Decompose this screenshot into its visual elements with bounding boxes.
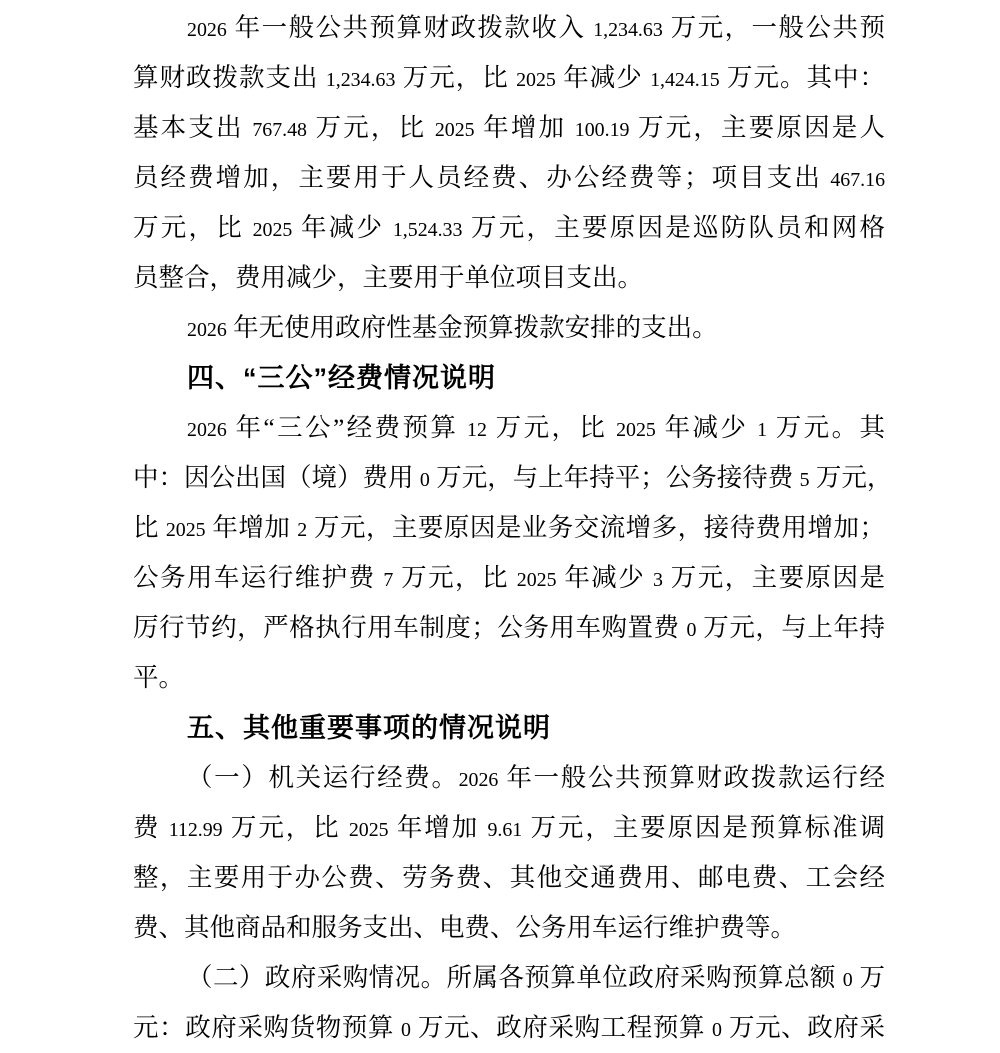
paragraph-government-fund-line: 2026 年无使用政府性基金预算拨款安排的支出。 (133, 303, 885, 353)
paragraph-budget-overview-line: 基本支出 767.48 万元，比 2025 年增加 100.19 万元，主要原因… (133, 103, 885, 153)
paragraph-operation-fee-line: （一）机关运行经费。2026 年一般公共预算财政拨款运行经 (133, 753, 885, 803)
document-body: 2026 年一般公共预算财政拨款收入 1,234.63 万元，一般公共预 算财政… (133, 3, 885, 1053)
paragraph-sangong-line: 2026 年“三公”经费预算 12 万元，比 2025 年减少 1 万元。其 (133, 403, 885, 453)
document-page: 2026 年一般公共预算财政拨款收入 1,234.63 万元，一般公共预 算财政… (0, 0, 1000, 1053)
paragraph-procurement-line: （二）政府采购情况。所属各预算单位政府采购预算总额 0 万 (133, 953, 885, 1003)
section-heading-other-items: 五、其他重要事项的情况说明 (133, 703, 885, 753)
paragraph-budget-overview-line: 万元，比 2025 年减少 1,524.33 万元，主要原因是巡防队员和网格 (133, 203, 885, 253)
paragraph-budget-overview-line: 员经费增加，主要用于人员经费、办公经费等；项目支出 467.16 (133, 153, 885, 203)
paragraph-budget-overview-line: 员整合，费用减少，主要用于单位项目支出。 (133, 253, 885, 303)
paragraph-budget-overview-line: 2026 年一般公共预算财政拨款收入 1,234.63 万元，一般公共预 (133, 3, 885, 53)
paragraph-sangong-line: 公务用车运行维护费 7 万元，比 2025 年减少 3 万元，主要原因是 (133, 553, 885, 603)
paragraph-budget-overview-line: 算财政拨款支出 1,234.63 万元，比 2025 年减少 1,424.15 … (133, 53, 885, 103)
paragraph-sangong-line: 平。 (133, 653, 885, 703)
paragraph-operation-fee-line: 费 112.99 万元，比 2025 年增加 9.61 万元，主要原因是预算标准… (133, 803, 885, 853)
paragraph-operation-fee-line: 费、其他商品和服务支出、电费、公务用车运行维护费等。 (133, 903, 885, 953)
section-heading-sangong: 四、“三公”经费情况说明 (133, 353, 885, 403)
paragraph-sangong-line: 中：因公出国（境）费用 0 万元，与上年持平；公务接待费 5 万元， (133, 453, 885, 503)
paragraph-procurement-line: 元：政府采购货物预算 0 万元、政府采购工程预算 0 万元、政府采 (133, 1003, 885, 1053)
paragraph-sangong-line: 比 2025 年增加 2 万元，主要原因是业务交流增多，接待费用增加； (133, 503, 885, 553)
paragraph-operation-fee-line: 整，主要用于办公费、劳务费、其他交通费用、邮电费、工会经 (133, 853, 885, 903)
paragraph-sangong-line: 厉行节约，严格执行用车制度；公务用车购置费 0 万元，与上年持 (133, 603, 885, 653)
